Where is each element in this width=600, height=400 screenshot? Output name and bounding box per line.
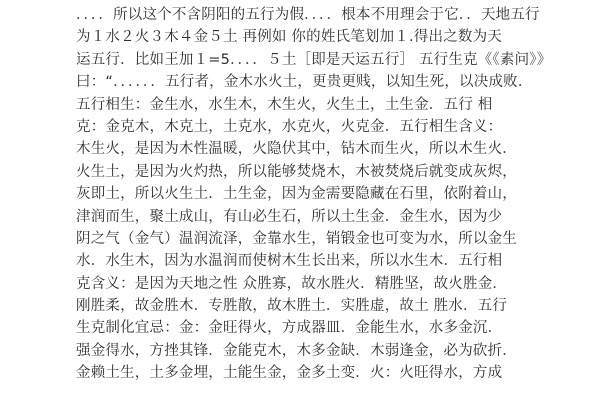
text-line: 克含义：是因为天地之性 众胜寡，故水胜火．精胜坚，故火胜金． xyxy=(76,273,526,295)
text-line: 克：金克木，木克土，土克水，水克火，火克金．五行相生含义： xyxy=(76,116,526,138)
text-line: 木生火，是因为木性温暖，火隐伏其中，钻木而生火，所以木生火． xyxy=(76,138,526,160)
article-text: ．．．．所以这个不含阴阳的五行为假．．．．根本不用理会于它．．天地五行 为１水２… xyxy=(76,4,526,385)
text-line: 刚胜柔，故金胜木．专胜散，故木胜土．实胜虚，故土 胜水．五行 xyxy=(76,295,526,317)
text-line: 生克制化宜忌：金：金旺得火，方成器皿．金能生水，水多金沉． xyxy=(76,317,526,339)
text-line: 五行相生：金生水，水生木，木生火，火生土，土生金．五行 相 xyxy=(76,94,526,116)
text-line: 金赖土生，土多金埋，土能生金，金多土变．火：火旺得水，方成 xyxy=(76,362,526,384)
text-line: 灰即土，所以火生土．土生金，因为金需要隐藏在石里，依附着山， xyxy=(76,183,526,205)
text-line: 曰：“．．．．．．五行者，金木水火土，更贵更贱，以知生死，以决成败． xyxy=(76,71,526,93)
text-line: 阴之气（金气）温润流泽，金靠水生，销锻金也可变为水，所以金生 xyxy=(76,228,526,250)
text-line: 水．水生木，因为水温润而使树木生长出来，所以水生木．五行相 xyxy=(76,250,526,272)
text-line: 强金得水，方挫其锋．金能克木，木多金缺．木弱逢金，必为砍折． xyxy=(76,340,526,362)
text-line: 为１水２火３木４金５土 再例如 你的姓氏笔划加１.得出之数为天 xyxy=(76,26,526,48)
text-line: 运五行．比如王加１=5．．．．５土［即是天运五行］ 五行生克《《素问》》 xyxy=(76,49,526,71)
text-line: 火生土，是因为火灼热，所以能够焚烧木，木被焚烧后就变成灰烬， xyxy=(76,161,526,183)
document-page: ．．．．所以这个不含阴阳的五行为假．．．．根本不用理会于它．．天地五行 为１水２… xyxy=(0,0,600,400)
text-line: ．．．．所以这个不含阴阳的五行为假．．．．根本不用理会于它．．天地五行 xyxy=(76,4,526,26)
text-line: 津润而生，聚土成山，有山必生石，所以土生金．金生水，因为少 xyxy=(76,206,526,228)
